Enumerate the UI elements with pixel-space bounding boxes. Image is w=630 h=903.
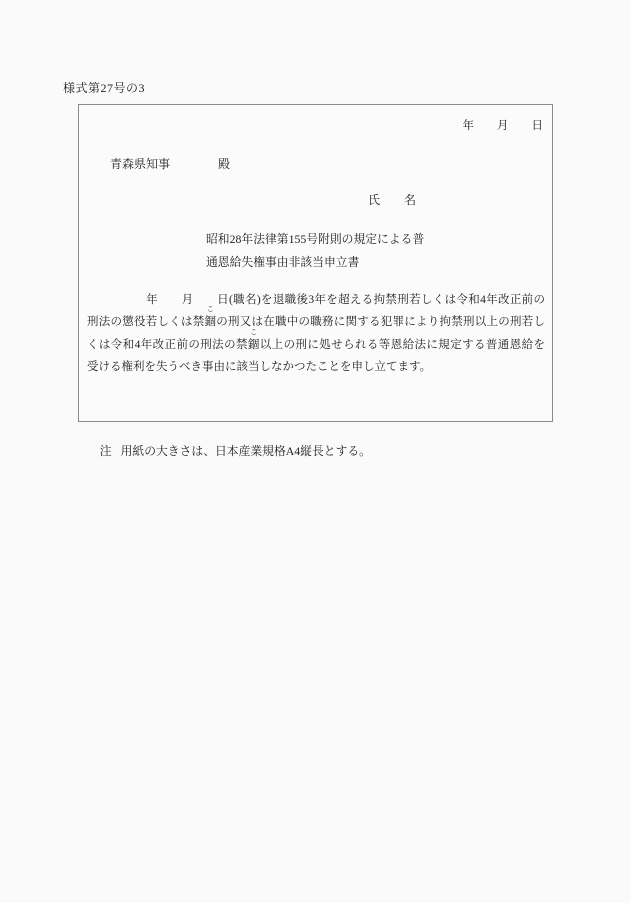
date-blank-line: 年 月 日 (463, 118, 544, 134)
furigana-ko: こ (250, 329, 257, 336)
body-line-3-post: 以上の刑に処せられる等恩給法に規定する普通恩給を (259, 339, 545, 351)
addressee-line: 青森県知事 殿 (110, 156, 230, 172)
document-title: 昭和28年法律第155号附則の規定による普 通恩給失権事由非該当申立書 (206, 228, 424, 273)
kinko-base-char: 錮 (205, 316, 217, 328)
name-field-label: 氏 名 (368, 192, 416, 208)
body-line-2-post: の刑又は在職中の職務に関する犯罪により拘禁刑以上の刑若し (216, 316, 545, 328)
kinko-ruby-group: こ錮 (248, 334, 260, 356)
body-line-2: 刑法の懲役若しくは禁こ錮の刑又は在職中の職務に関する犯罪により拘禁刑以上の刑若し (87, 311, 545, 333)
title-line-2: 通恩給失権事由非該当申立書 (206, 251, 424, 274)
note-label: 注 (100, 444, 112, 458)
kinko-ruby-group: こ錮 (205, 311, 217, 333)
body-line-3-pre: くは令和4年改正前の刑法の禁 (87, 339, 248, 351)
form-border-box: 年 月 日 青森県知事 殿 氏 名 昭和28年法律第155号附則の規定による普 … (78, 104, 553, 422)
note-text: 用紙の大きさは、日本産業規格A4縦長とする。 (121, 444, 371, 458)
form-number-label: 様式第27号の3 (63, 80, 145, 96)
body-line-4: 受ける権利を失うべき事由に該当しなかつたことを申し立てます。 (87, 356, 545, 378)
body-line-3: くは令和4年改正前の刑法の禁こ錮以上の刑に処せられる等恩給法に規定する普通恩給を (87, 334, 545, 356)
document-page: 様式第27号の3 年 月 日 青森県知事 殿 氏 名 昭和28年法律第155号附… (0, 0, 630, 903)
paper-size-note: 注用紙の大きさは、日本産業規格A4縦長とする。 (88, 427, 371, 475)
body-line-1: 年 月 日(職名)を退職後3年を超える拘禁刑若しくは令和4年改正前の (87, 289, 545, 311)
body-line-2-pre: 刑法の懲役若しくは禁 (87, 316, 205, 328)
furigana-ko: こ (207, 306, 214, 313)
declaration-paragraph: 年 月 日(職名)を退職後3年を超える拘禁刑若しくは令和4年改正前の 刑法の懲役… (87, 289, 545, 379)
title-line-1: 昭和28年法律第155号附則の規定による普 (206, 228, 424, 251)
kinko-base-char: 錮 (248, 339, 260, 351)
